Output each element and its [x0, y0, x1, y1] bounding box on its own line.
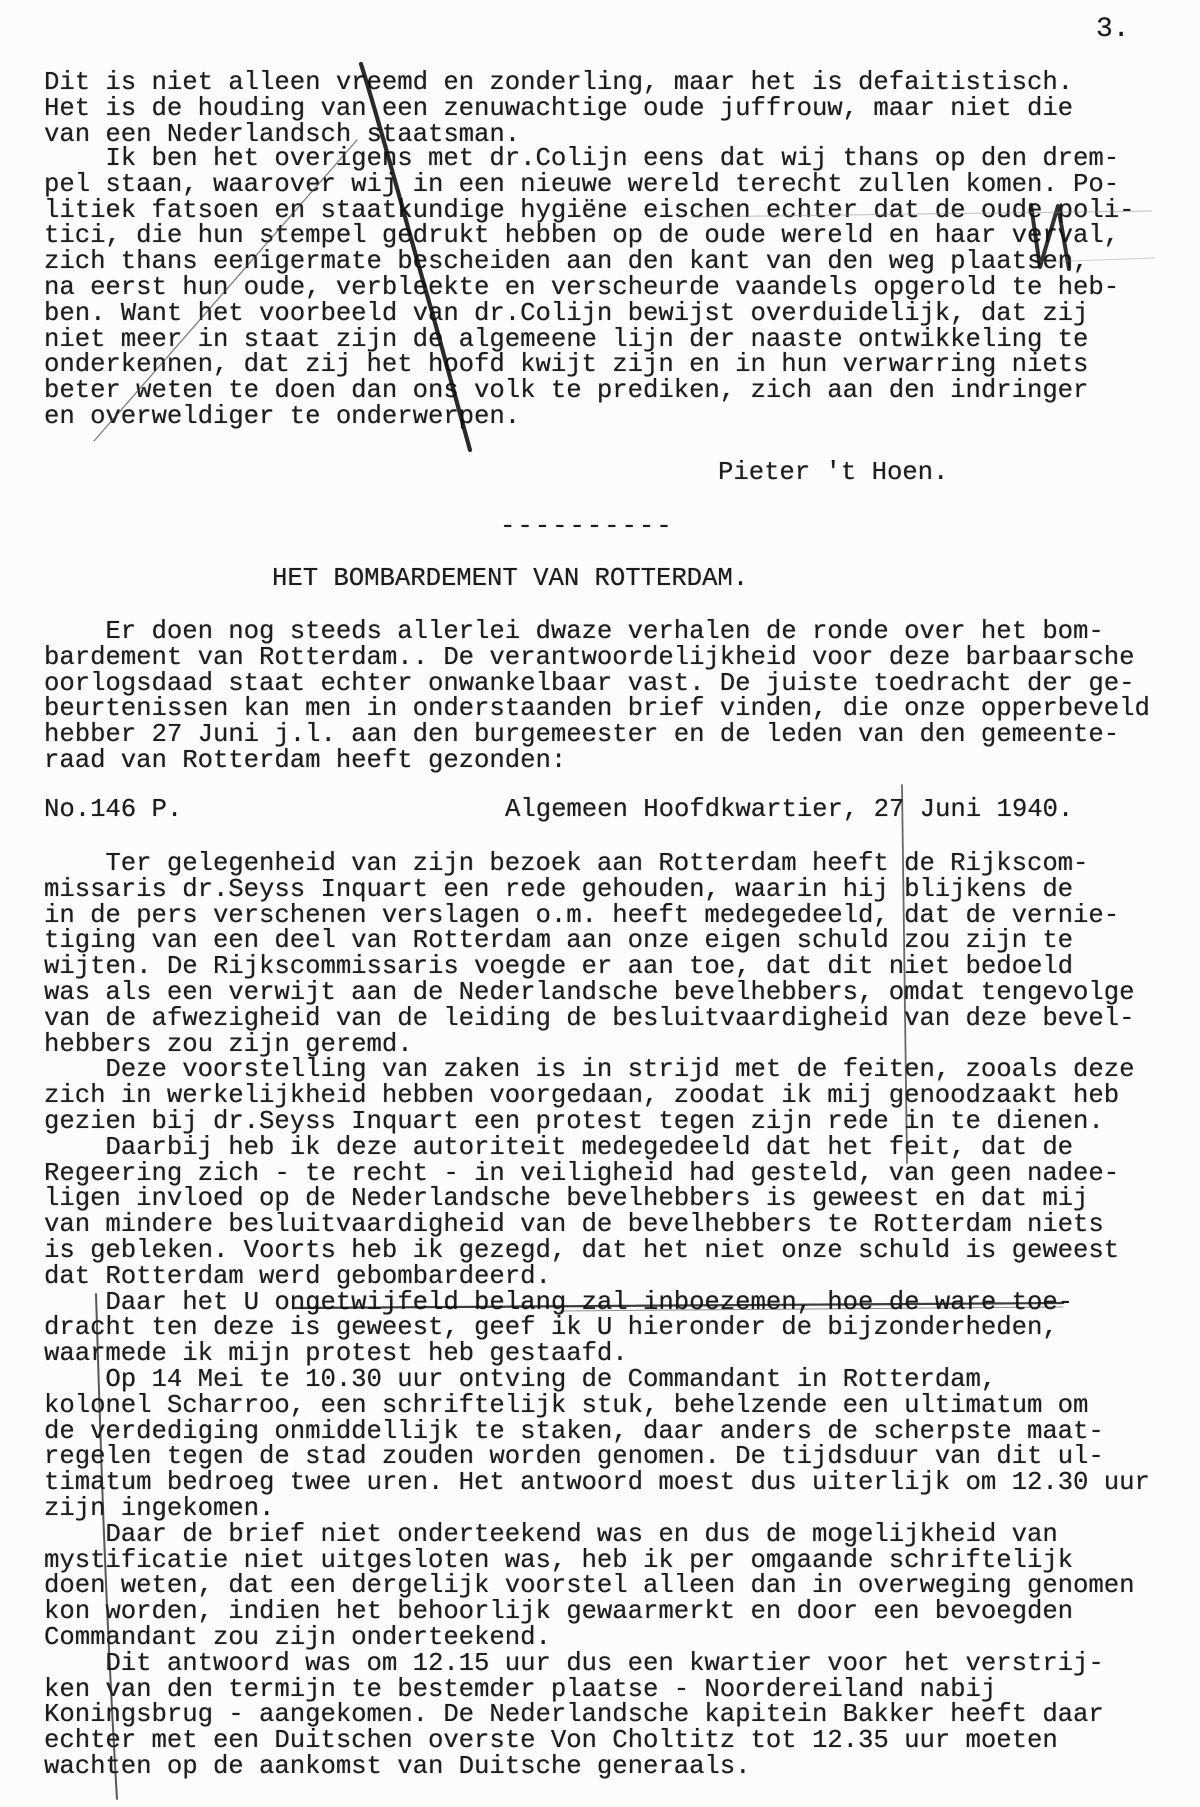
- section-separator: ----------: [500, 514, 674, 540]
- bombardment-intro: Er doen nog steeds allerlei dwaze verhal…: [44, 619, 1150, 774]
- opinion-paragraph-1: Dit is niet alleen vreemd en zonderling,…: [44, 70, 1073, 147]
- letter-body: Ter gelegenheid van zijn bezoek aan Rott…: [44, 851, 1150, 1780]
- section-heading: HET BOMBARDEMENT VAN ROTTERDAM.: [272, 566, 748, 592]
- signature: Pieter 't Hoen.: [718, 460, 948, 486]
- scanned-typewritten-page: 3. Dit is niet alleen vreemd en zonderli…: [0, 0, 1200, 1807]
- reference-number: No.146 P.: [44, 797, 182, 823]
- opinion-paragraph-2: Ik ben het overigens met dr.Colijn eens …: [44, 146, 1134, 430]
- letterhead-date: Algemeen Hoofdkwartier, 27 Juni 1940.: [505, 797, 1073, 823]
- page-number: 3.: [1096, 14, 1130, 45]
